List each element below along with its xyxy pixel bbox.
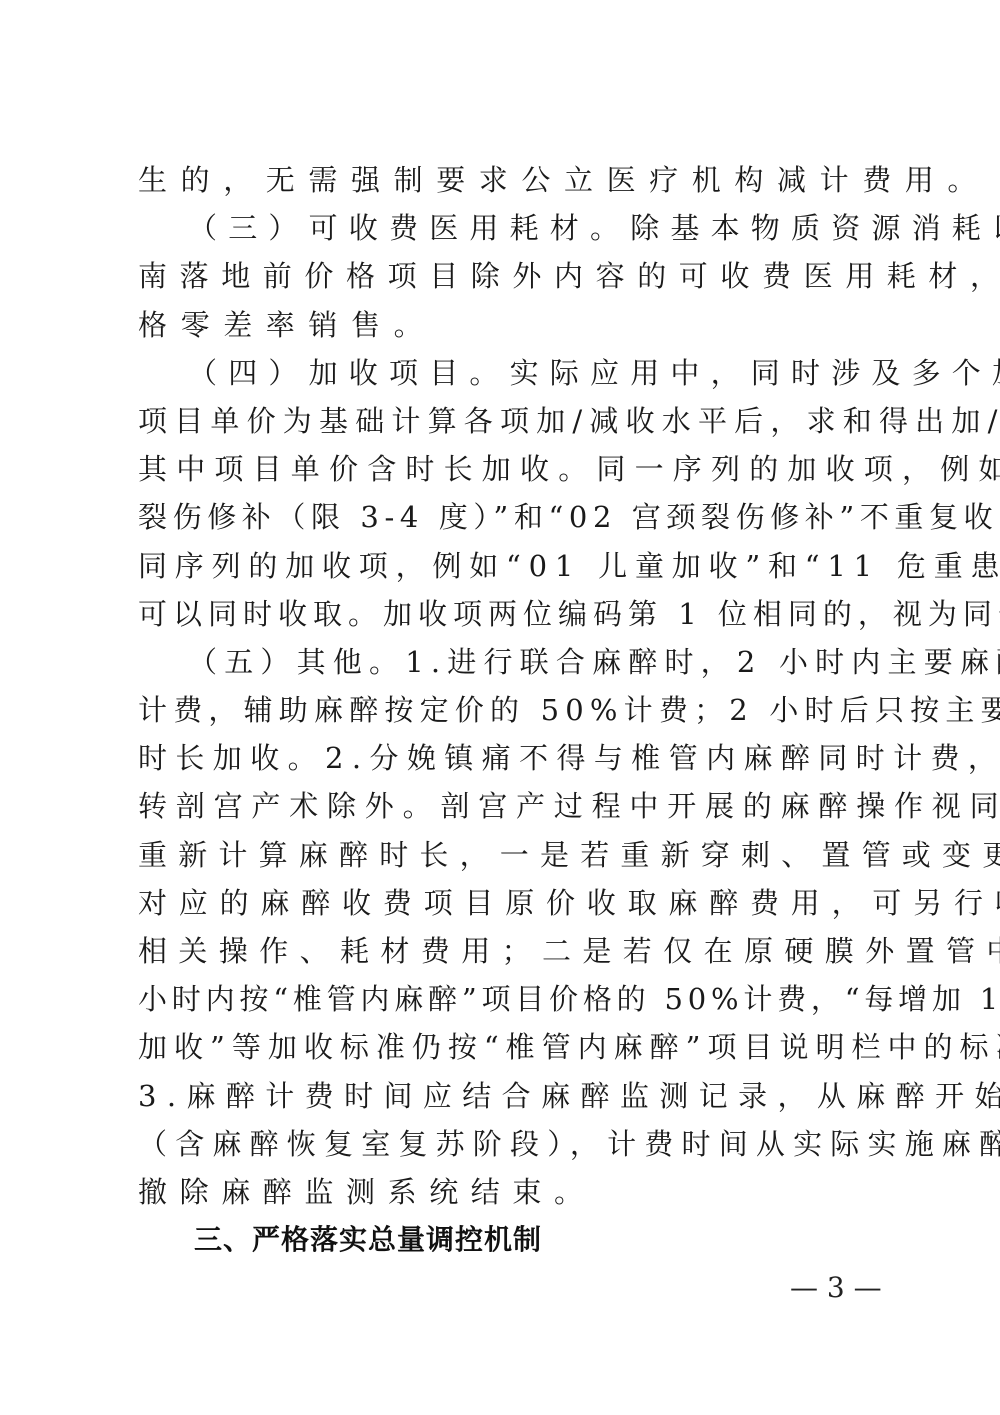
text-line: 项目单价为基础计算各项加/减收水平后，求和得出加/减收金额， [138, 397, 886, 445]
text-line: 加收”等加收标准仍按“椎管内麻醉”项目说明栏中的标准执行。 [138, 1023, 886, 1071]
text-line: 3.麻醉计费时间应结合麻醉监测记录，从麻醉开始至麻醉结束 [138, 1072, 886, 1120]
text-line: 对应的麻醉收费项目原价收取麻醉费用，可另行收取对应麻醉及 [138, 879, 886, 927]
text-line: 撤除麻醉监测系统结束。 [138, 1168, 886, 1216]
text-line: 裂伤修补（限 3-4 度）”和“02 宫颈裂伤修补”不重复收费；不 [138, 493, 886, 541]
document-page: 生的，无需强制要求公立医疗机构减计费用。 （三）可收费医用耗材。除基本物质资源消… [0, 0, 1000, 1415]
text-line: 时长加收。2.分娩镇痛不得与椎管内麻醉同时计费，但顺产失败 [138, 734, 886, 782]
text-line: 小时内按“椎管内麻醉”项目价格的 50%计费，“每增加 1 小时 [138, 975, 886, 1023]
page-number: — 3 — [790, 1268, 882, 1308]
text-line: 其中项目单价含时长加收。同一序列的加收项，例如“01 会阴 [138, 445, 886, 493]
document-body: 生的，无需强制要求公立医疗机构减计费用。 （三）可收费医用耗材。除基本物质资源消… [138, 156, 886, 1216]
text-line: 同序列的加收项，例如“01 儿童加收”和“11 危重患者加收” [138, 542, 886, 590]
paragraph-four-start: （四）加收项目。实际应用中，同时涉及多个加收项的，以 [138, 349, 886, 397]
paragraph-five-start: （五）其他。1.进行联合麻醉时，2 小时内主要麻醉按全价 [138, 638, 886, 686]
text-line: 生的，无需强制要求公立医疗机构减计费用。 [138, 156, 886, 204]
text-line: 重新计算麻醉时长，一是若重新穿刺、置管或变更麻醉方式，按 [138, 831, 886, 879]
text-line: （含麻醉恢复室复苏阶段），计费时间从实际实施麻醉开始，到 [138, 1120, 886, 1168]
text-line: 可以同时收取。加收项两位编码第 1 位相同的，视为同一序列。 [138, 590, 886, 638]
text-line: 相关操作、耗材费用；二是若仅在原硬膜外置管中调整剂量，2 [138, 927, 886, 975]
text-line: 南落地前价格项目除外内容的可收费医用耗材，按照实际采购价 [138, 252, 886, 300]
text-line: 转剖宫产术除外。剖宫产过程中开展的麻醉操作视同第二次麻醉， [138, 782, 886, 830]
text-line: 计费，辅助麻醉按定价的 50%计费；2 小时后只按主要麻醉进行 [138, 686, 886, 734]
section-heading: 三、严格落实总量调控机制 [194, 1218, 542, 1262]
paragraph-three-start: （三）可收费医用耗材。除基本物质资源消耗以外，立项指 [138, 204, 886, 252]
text-line: 格零差率销售。 [138, 301, 886, 349]
